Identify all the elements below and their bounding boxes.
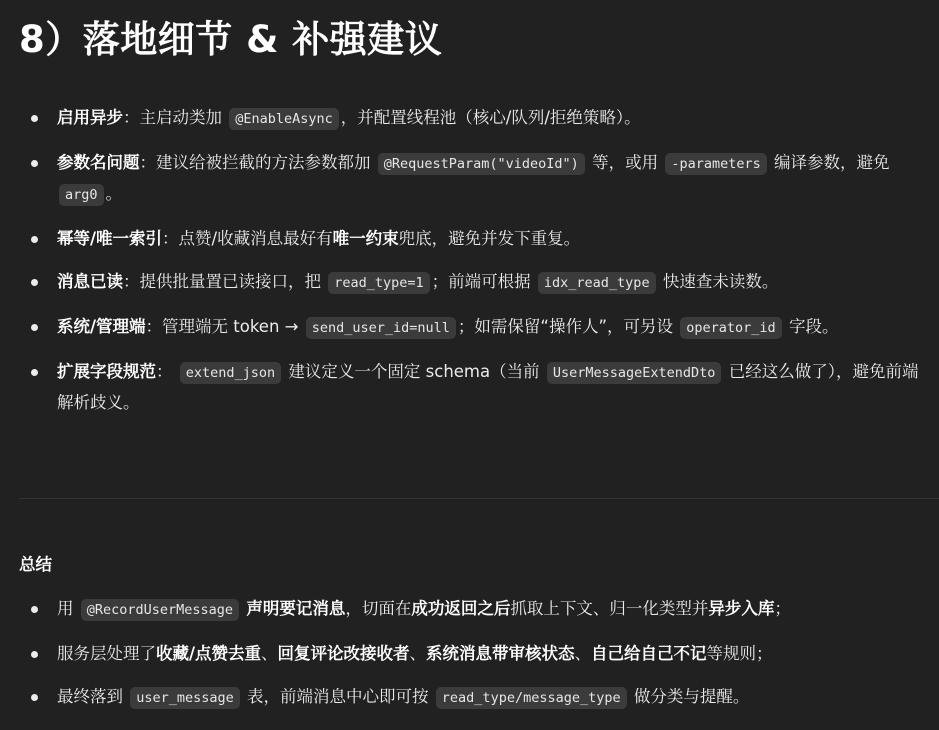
text: ； xyxy=(774,599,791,618)
bullet-icon xyxy=(31,651,38,658)
text: 建议定义一个固定 schema（当前 xyxy=(288,362,539,381)
bullet-icon xyxy=(31,236,38,243)
emphasis: 系统消息带审核状态 xyxy=(426,644,575,663)
summary-list: 用 @RecordUserMessage 声明要记消息，切面在成功返回之后抓取上… xyxy=(19,594,921,727)
item-label: 参数名问题 xyxy=(57,153,140,172)
emphasis: 唯一约束 xyxy=(333,229,399,248)
text: 抓取上下文、归一化类型并 xyxy=(510,599,708,618)
emphasis: 自己给自己不记 xyxy=(591,644,707,663)
text: 兜底，避免并发下重复。 xyxy=(399,229,581,248)
text: 最终落到 xyxy=(57,687,123,706)
text: 编译参数，避免 xyxy=(774,153,890,172)
emphasis: 成功返回之后 xyxy=(411,599,510,618)
inline-code: -parameters xyxy=(665,153,766,175)
bullet-icon xyxy=(31,694,38,701)
text: ：建议给被拦截的方法参数都加 xyxy=(140,153,371,172)
horizontal-divider xyxy=(19,498,939,499)
list-item: 消息已读：提供批量置已读接口，把 read_type=1；前端可根据 idx_r… xyxy=(19,267,921,298)
list-item: 系统/管理端：管理端无 token → send_user_id=null；如需… xyxy=(19,312,921,343)
bullet-icon xyxy=(31,115,38,122)
list-item: 最终落到 user_message 表，前端消息中心即可按 read_type/… xyxy=(19,682,921,713)
inline-code: @EnableAsync xyxy=(229,108,339,130)
list-item: 用 @RecordUserMessage 声明要记消息，切面在成功返回之后抓取上… xyxy=(19,594,921,625)
section-title: 8）落地细节 & 补强建议 xyxy=(19,14,442,66)
inline-code: @RecordUserMessage xyxy=(81,599,239,621)
inline-code: operator_id xyxy=(680,317,781,339)
item-label: 幂等/唯一索引 xyxy=(57,229,162,248)
inline-code: arg0 xyxy=(59,184,104,206)
inline-code: @RequestParam("videoId") xyxy=(378,153,585,175)
list-item: 幂等/唯一索引：点赞/收藏消息最好有唯一约束兜底，避免并发下重复。 xyxy=(19,224,921,253)
text: ：提供批量置已读接口，把 xyxy=(123,272,321,291)
text: ： xyxy=(156,362,173,381)
item-label: 消息已读 xyxy=(57,272,123,291)
list-item: 参数名问题：建议给被拦截的方法参数都加 @RequestParam("video… xyxy=(19,148,921,210)
text: 服务层处理了 xyxy=(57,644,156,663)
inline-code: read_type/message_type xyxy=(436,687,627,709)
emphasis: 异步入库 xyxy=(708,599,774,618)
inline-code: read_type=1 xyxy=(328,272,429,294)
text: ：主启动类加 xyxy=(123,108,222,127)
inline-code: idx_read_type xyxy=(538,272,656,294)
text: 等规则； xyxy=(707,644,773,663)
bullet-icon xyxy=(31,279,38,286)
list-item: 服务层处理了收藏/点赞去重、回复评论改接收者、系统消息带审核状态、自己给自己不记… xyxy=(19,639,921,668)
text: 、 xyxy=(410,644,427,663)
bullet-icon xyxy=(31,369,38,376)
text: 做分类与提醒。 xyxy=(634,687,750,706)
text: ；前端可根据 xyxy=(432,272,531,291)
item-label: 系统/管理端 xyxy=(57,317,146,336)
text: ：管理端无 token → xyxy=(146,317,299,336)
text: 用 xyxy=(57,599,74,618)
bullet-icon xyxy=(31,324,38,331)
inline-code: UserMessageExtendDto xyxy=(547,362,722,384)
emphasis: 回复评论改接收者 xyxy=(278,644,410,663)
emphasis: 声明要记消息 xyxy=(246,599,345,618)
text: ；如需保留“操作人”，可另设 xyxy=(458,317,673,336)
text: ：点赞/收藏消息最好有 xyxy=(162,229,333,248)
text: 、 xyxy=(575,644,592,663)
text: 表，前端消息中心即可按 xyxy=(247,687,429,706)
text: 。 xyxy=(106,184,123,203)
bullet-icon xyxy=(31,606,38,613)
tips-list: 启用异步：主启动类加 @EnableAsync，并配置线程池（核心/队列/拒绝策… xyxy=(19,103,921,431)
text: 等，或用 xyxy=(592,153,658,172)
emphasis: 收藏/点赞去重 xyxy=(156,644,261,663)
item-label: 启用异步 xyxy=(57,108,123,127)
text: 字段。 xyxy=(789,317,839,336)
text: ，并配置线程池（核心/队列/拒绝策略）。 xyxy=(341,108,641,127)
text: 快速查未读数。 xyxy=(663,272,779,291)
bullet-icon xyxy=(31,160,38,167)
summary-title: 总结 xyxy=(19,553,52,577)
text: 、 xyxy=(261,644,278,663)
inline-code: user_message xyxy=(130,687,240,709)
list-item: 扩展字段规范： extend_json 建议定义一个固定 schema（当前 U… xyxy=(19,357,921,417)
list-item: 启用异步：主启动类加 @EnableAsync，并配置线程池（核心/队列/拒绝策… xyxy=(19,103,921,134)
item-label: 扩展字段规范 xyxy=(57,362,156,381)
inline-code: extend_json xyxy=(180,362,281,384)
inline-code: send_user_id=null xyxy=(306,317,456,339)
text: ，切面在 xyxy=(345,599,411,618)
